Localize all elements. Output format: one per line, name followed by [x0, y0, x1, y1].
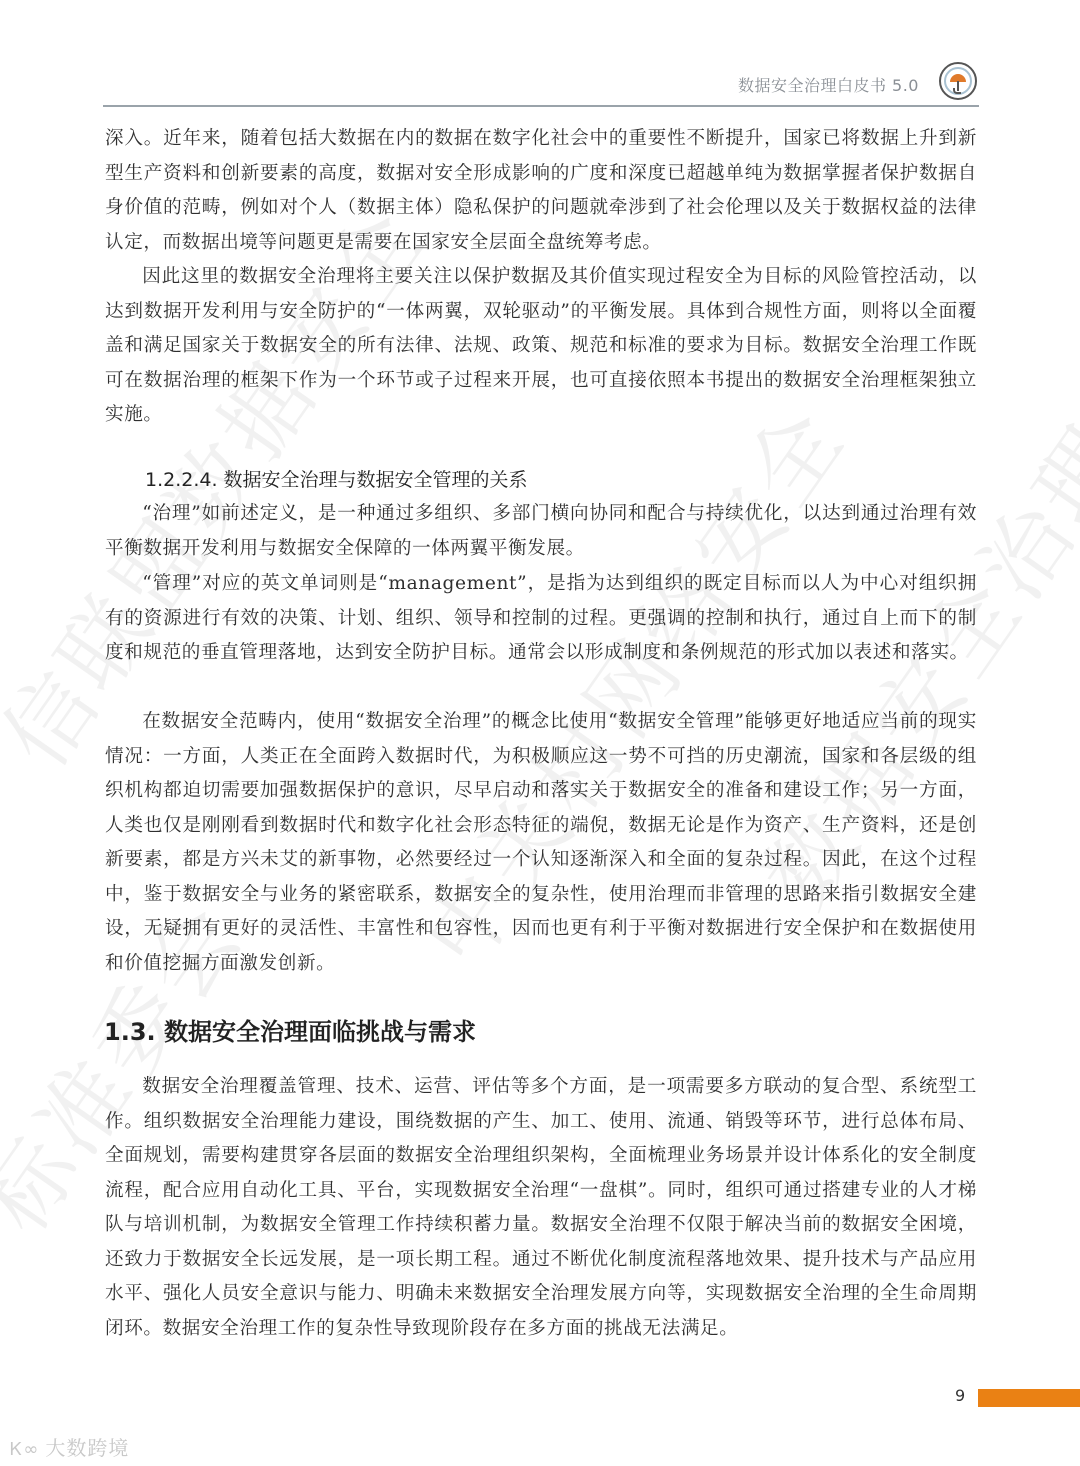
- umbrella-j-logo-icon: [939, 62, 977, 100]
- body-paragraph: 在数据安全范畴内，使用“数据安全治理”的概念比使用“数据安全管理”能够更好地适应…: [105, 705, 977, 981]
- section-heading-1-3: 1.3. 数据安全治理面临挑战与需求: [104, 1012, 476, 1047]
- page-number: 9: [955, 1386, 965, 1405]
- header-divider: [103, 105, 979, 107]
- paragraph: 深入。近年来，随着包括大数据在内的数据在数字化社会中的重要性不断提升，国家已将数…: [105, 122, 977, 260]
- source-watermark-logo: Ꮶ∞大数跨境: [10, 1432, 129, 1461]
- body-paragraph: “治理”如前述定义，是一种通过多组织、多部门横向协同和配合与持续优化，以达到通过…: [105, 497, 977, 566]
- body-paragraph: 因此这里的数据安全治理将主要关注以保护数据及其价值实现过程安全为目标的风险管控活…: [105, 260, 977, 433]
- body-paragraph: “管理”对应的英文单词则是“management”，是指为达到组织的既定目标而以…: [105, 567, 977, 671]
- paragraph: “治理”如前述定义，是一种通过多组织、多部门横向协同和配合与持续优化，以达到通过…: [105, 497, 977, 566]
- document-title: 数据安全治理白皮书 5.0: [738, 73, 919, 96]
- section-heading-1-2-2-4: 1.2.2.4. 数据安全治理与数据安全管理的关系: [145, 465, 528, 492]
- paragraph: 数据安全治理覆盖管理、技术、运营、评估等多个方面，是一项需要多方联动的复合型、系…: [105, 1070, 977, 1346]
- brand-logo-icon: Ꮶ∞: [10, 1439, 39, 1460]
- paragraph: “管理”对应的英文单词则是“management”，是指为达到组织的既定目标而以…: [105, 567, 977, 671]
- body-paragraph: 数据安全治理覆盖管理、技术、运营、评估等多个方面，是一项需要多方联动的复合型、系…: [105, 1070, 977, 1346]
- brand-name: 大数跨境: [45, 1436, 129, 1460]
- body-paragraph: 深入。近年来，随着包括大数据在内的数据在数字化社会中的重要性不断提升，国家已将数…: [105, 122, 977, 260]
- paragraph: 因此这里的数据安全治理将主要关注以保护数据及其价值实现过程安全为目标的风险管控活…: [105, 260, 977, 433]
- page-header: 数据安全治理白皮书 5.0: [103, 60, 979, 110]
- footer-accent-bar: [978, 1389, 1080, 1407]
- paragraph: 在数据安全范畴内，使用“数据安全治理”的概念比使用“数据安全管理”能够更好地适应…: [105, 705, 977, 981]
